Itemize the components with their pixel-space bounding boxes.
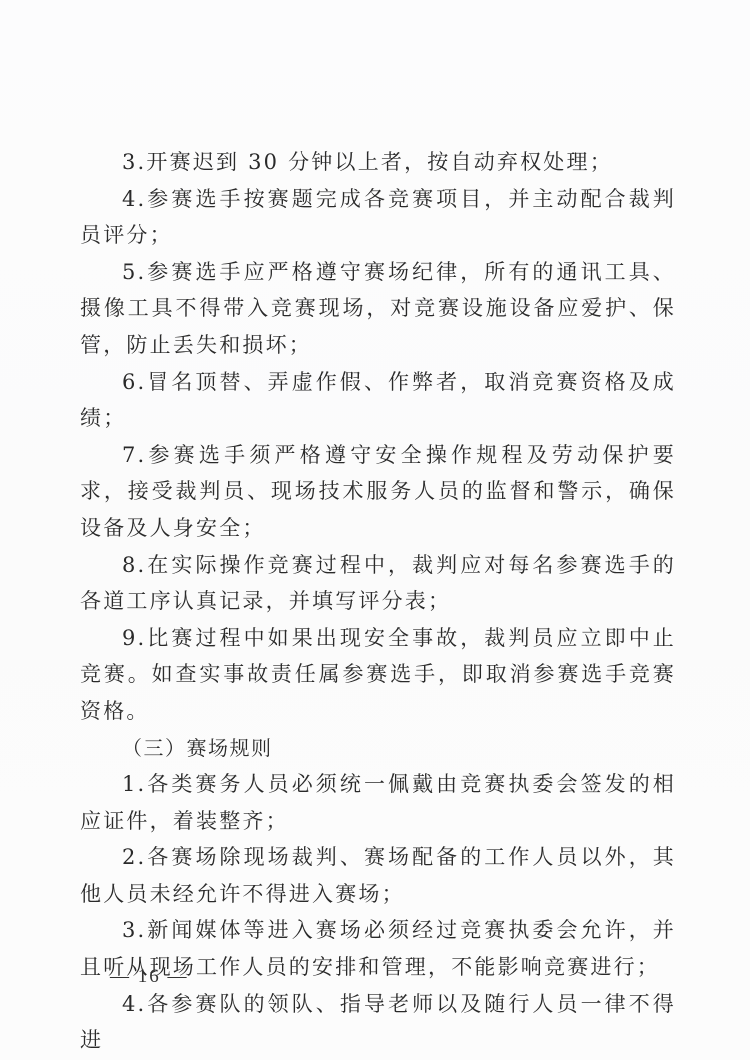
rule-paragraph-2-7: 7.参赛选手须严格遵守安全操作规程及劳动保护要求，接受裁判员、现场技术服务人员的… [80, 437, 676, 547]
rule-paragraph-3-4: 4.各参赛队的领队、指导老师以及随行人员一律不得进 [80, 986, 676, 1059]
document-page: 3.开赛迟到 30 分钟以上者，按自动弃权处理； 4.参赛选手按赛题完成各竞赛项… [0, 0, 750, 1060]
rule-paragraph-3-1: 1.各类赛务人员必须统一佩戴由竞赛执委会签发的相应证件，着装整齐； [80, 766, 676, 839]
rule-paragraph-2-5: 5.参赛选手应严格遵守赛场纪律，所有的通讯工具、摄像工具不得带入竞赛现场，对竞赛… [80, 254, 676, 364]
rule-paragraph-2-9: 9.比赛过程中如果出现安全事故，裁判员应立即中止竞赛。如查实事故责任属参赛选手，… [80, 620, 676, 730]
rule-paragraph-2-6: 6.冒名顶替、弄虚作假、作弊者，取消竞赛资格及成绩； [80, 364, 676, 437]
rule-paragraph-3-2: 2.各赛场除现场裁判、赛场配备的工作人员以外，其他人员未经允许不得进入赛场； [80, 839, 676, 912]
rule-paragraph-2-8: 8.在实际操作竞赛过程中，裁判应对每名参赛选手的各道工序认真记录，并填写评分表； [80, 547, 676, 620]
page-number: — 16 — [110, 966, 189, 988]
rule-paragraph-2-3: 3.开赛迟到 30 分钟以上者，按自动弃权处理； [80, 144, 676, 181]
section-heading-venue-rules: （三）赛场规则 [80, 730, 676, 767]
document-body: 3.开赛迟到 30 分钟以上者，按自动弃权处理； 4.参赛选手按赛题完成各竞赛项… [80, 144, 676, 1059]
rule-paragraph-2-4: 4.参赛选手按赛题完成各竞赛项目，并主动配合裁判员评分； [80, 181, 676, 254]
